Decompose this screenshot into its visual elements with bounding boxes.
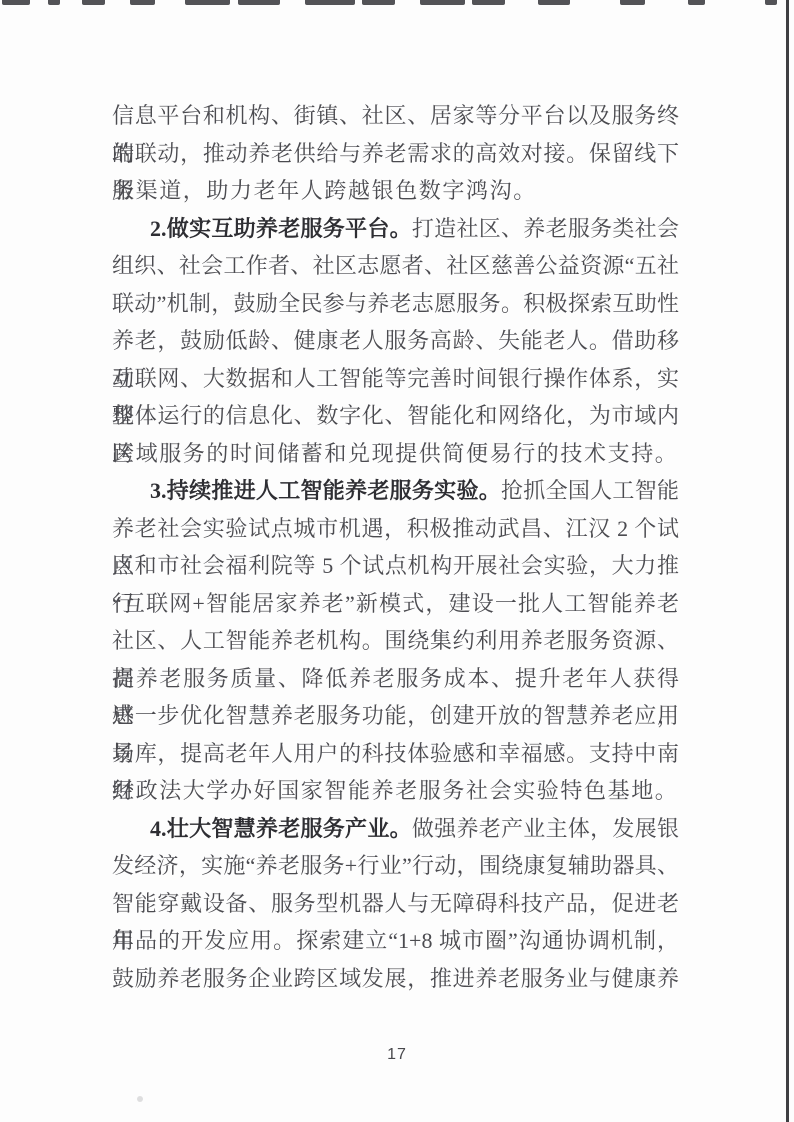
text-line: 社区、人工智能养老机构。围绕集约利用养老服务资源、提 xyxy=(112,622,679,660)
scan-artifact-right-edge-line xyxy=(786,0,789,1122)
scan-artifact-mark xyxy=(620,0,645,5)
scan-artifact-mark xyxy=(362,0,395,5)
paragraph-heading: 4.壮大智慧养老服务产业。 xyxy=(150,816,412,841)
document-page: 信息平台和机构、街镇、社区、居家等分平台以及服务终端的联动，推动养老供给与养老需… xyxy=(0,0,794,1122)
text-line: 2.做实互助养老服务平台。打造社区、养老服务类社会 xyxy=(112,210,679,248)
scan-artifact-mark xyxy=(2,0,30,5)
text-line: 4.壮大智慧养老服务产业。做强养老产业主体，发展银 xyxy=(112,810,679,848)
text-line: 养老社会实验试点城市机遇，积极推动武昌、江汉 2 个试点 xyxy=(112,510,679,548)
text-line: 区和市社会福利院等 5 个试点机构开展社会实验，大力推行 xyxy=(112,547,679,585)
scan-artifact-mark xyxy=(305,0,355,5)
text-line: 进一步优化智慧养老服务功能，创建开放的智慧养老应用场 xyxy=(112,697,679,735)
text-line: 养老，鼓励低龄、健康老人服务高龄、失能老人。借助移动 xyxy=(112,322,679,360)
scan-artifact-mark xyxy=(765,0,777,5)
text-line: 发经济，实施“养老服务+行业”行动，围绕康复辅助器具、 xyxy=(112,847,679,885)
scan-artifact-top-edge xyxy=(0,0,794,8)
scan-artifact-mark xyxy=(185,0,230,5)
text-line: 景库，提高老年人用户的科技体验感和幸福感。支持中南财 xyxy=(112,735,679,773)
scan-artifact-speck xyxy=(137,1096,143,1102)
text-line: 3.持续推进人工智能养老服务实验。抢抓全国人工智能 xyxy=(112,472,679,510)
scan-artifact-mark xyxy=(48,0,60,5)
text-line: 组织、社会工作者、社区志愿者、社区慈善公益资源“五社 xyxy=(112,247,679,285)
document-text-block: 信息平台和机构、街镇、社区、居家等分平台以及服务终端的联动，推动养老供给与养老需… xyxy=(112,97,679,997)
text-line: 互联网、大数据和人工智能等完善时间银行操作体系，实现 xyxy=(112,360,679,398)
text-line: 高养老服务质量、降低养老服务成本、提升老年人获得感， xyxy=(112,660,679,698)
scan-artifact-mark xyxy=(538,0,570,5)
page-number: 17 xyxy=(0,1046,794,1064)
text-line: 联动”机制，鼓励全民参与养老志愿服务。积极探索互助性 xyxy=(112,285,679,323)
scan-artifact-mark xyxy=(130,0,155,5)
scan-artifact-mark xyxy=(420,0,465,5)
text-line: 用品的开发应用。探索建立“1+8 城市圈”沟通协调机制， xyxy=(112,922,679,960)
scan-artifact-mark xyxy=(688,0,705,5)
text-line: 信息平台和机构、街镇、社区、居家等分平台以及服务终端 xyxy=(112,97,679,135)
text-line: 整体运行的信息化、数字化、智能化和网络化，为市域内跨 xyxy=(112,397,679,435)
paragraph-heading: 2.做实互助养老服务平台。 xyxy=(150,216,412,241)
text-line: 鼓励养老服务企业跨区域发展，推进养老服务业与健康养 xyxy=(112,960,679,998)
paragraph-heading: 3.持续推进人工智能养老服务实验。 xyxy=(150,478,501,503)
text-line: 的联动，推动养老供给与养老需求的高效对接。保留线下服 xyxy=(112,135,679,173)
text-line: 智能穿戴设备、服务型机器人与无障碍科技产品，促进老年 xyxy=(112,885,679,923)
scan-artifact-mark xyxy=(472,0,505,5)
text-line: “互联网+智能居家养老”新模式，建设一批人工智能养老 xyxy=(112,585,679,623)
scan-artifact-mark xyxy=(82,0,105,5)
scan-artifact-mark xyxy=(238,0,280,5)
text-line: 务渠道，助力老年人跨越银色数字鸿沟。 xyxy=(112,172,679,210)
text-line: 区域服务的时间储蓄和兑现提供简便易行的技术支持。 xyxy=(112,435,679,473)
text-line: 经政法大学办好国家智能养老服务社会实验特色基地。 xyxy=(112,772,679,810)
